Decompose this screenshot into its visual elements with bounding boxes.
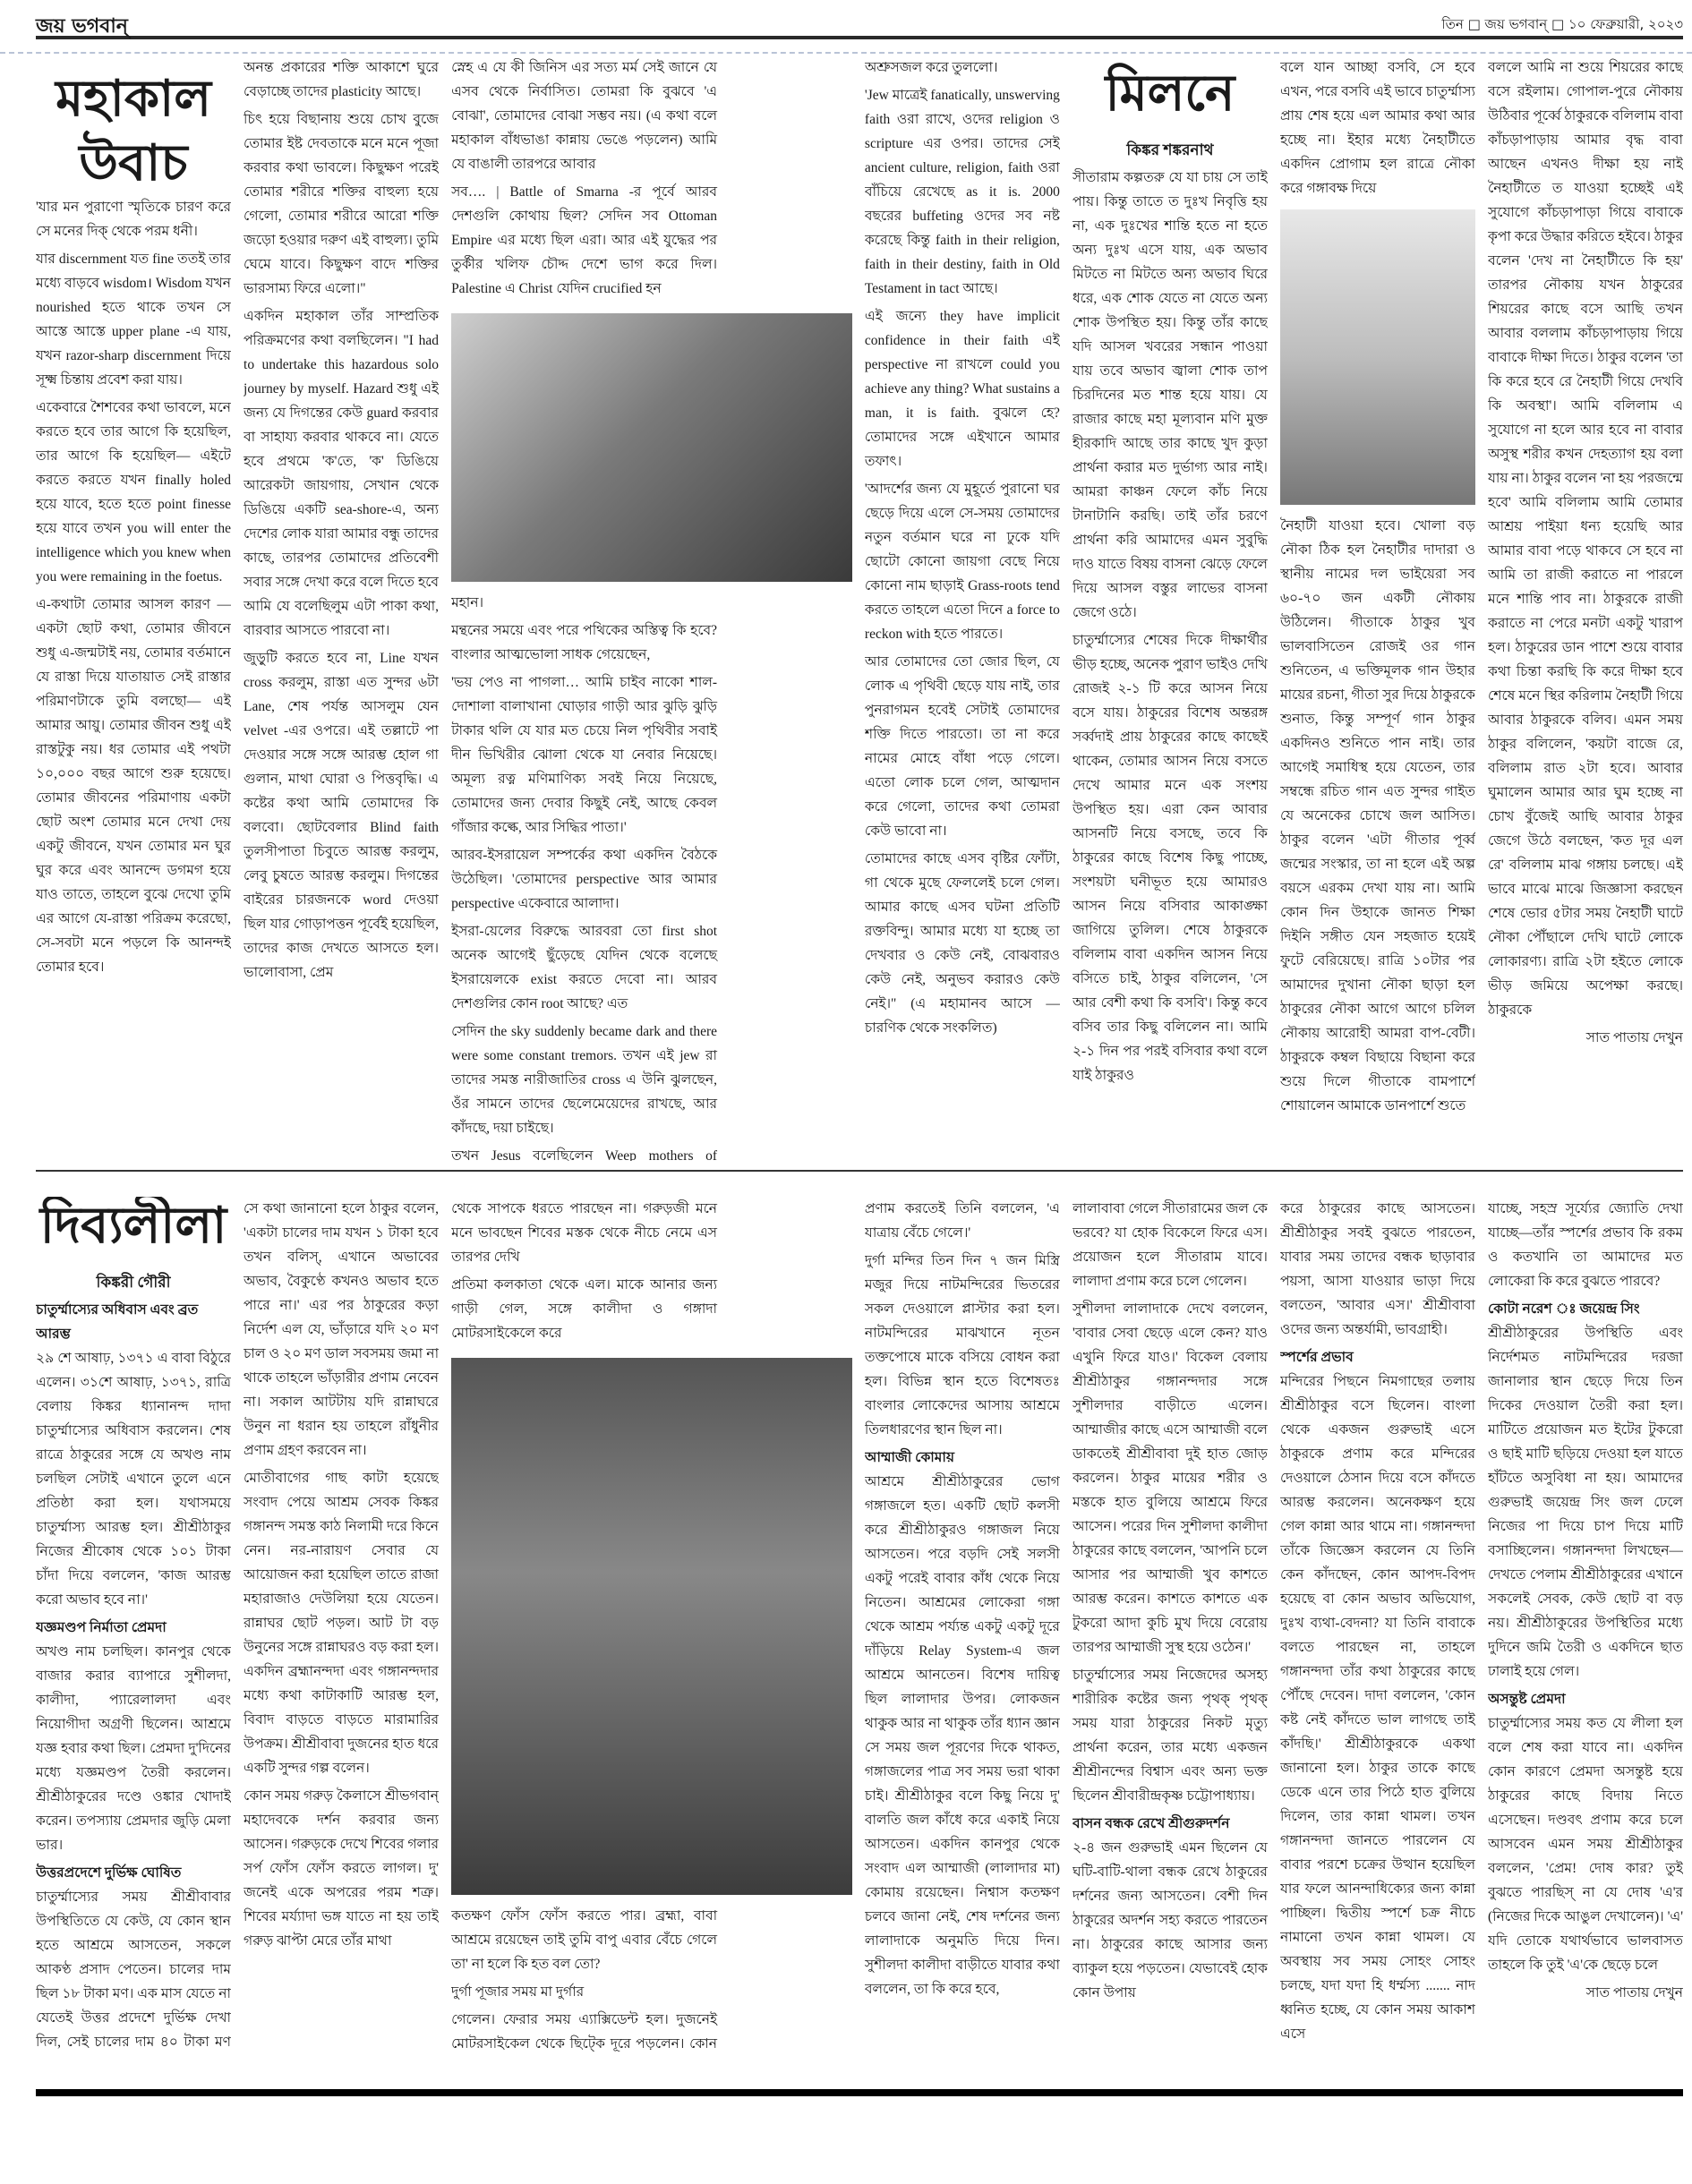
masthead: জয় ভগবান্ তিন □ জয় ভগবান্ □ ১০ ফেব্রুয… bbox=[36, 7, 1683, 39]
byline: কিঙ্করী গৌরী bbox=[36, 1270, 231, 1294]
saint-photo bbox=[1280, 209, 1475, 505]
subheading: উত্তরপ্রদেশে দুর্ভিক্ষ ঘোষিত bbox=[36, 1861, 231, 1885]
article-dibyalila-col1: দিব্যলীলা কিঙ্করী গৌরী চাতুর্ম্মাস্যের অ… bbox=[36, 1197, 231, 2052]
subheading: অসন্তুষ্ট প্রেমদা bbox=[1488, 1687, 1683, 1711]
page-bottom-rule bbox=[36, 2089, 1683, 2096]
article-title: দিব্যলীলা bbox=[36, 1197, 231, 1254]
article-title: মহাকাল উবাচ bbox=[36, 55, 231, 195]
sadhu-seated-photo bbox=[451, 1358, 852, 1895]
article-milane-col1: মিলনে কিঙ্কর শঙ্করনাথ সীতারাম কল্পতরু যে… bbox=[1072, 55, 1268, 1161]
article-mahakal-col34: স্নেহ এ যে কী জিনিস এর সত্য মর্ম সেই জান… bbox=[451, 55, 852, 1161]
byline: কিঙ্কর শঙ্করনাথ bbox=[1072, 138, 1268, 162]
article-title: মিলনে bbox=[1072, 55, 1268, 122]
article-milane-col3: বললে আমি না শুয়ে শিয়রের কাছে বসে রইলাম… bbox=[1488, 55, 1683, 1161]
paragraph: এ-কথাটা তোমার আসল কারণ — একটা ছোট কথা, ত… bbox=[36, 593, 231, 979]
subheading: চাতুর্ম্মাস্যের অধিবাস এবং ব্রত আরম্ভ bbox=[36, 1298, 231, 1346]
article-mahakal-col2: অনন্ত প্রকারের শক্তি আকাশে ঘুরে বেড়াচ্ছ… bbox=[244, 55, 439, 1161]
paragraph: একদিন মহাকাল তাঁর সাম্প্রতিক পরিক্রমণের … bbox=[244, 304, 439, 643]
article-dibyalila-col34: থেকে সাপকে ধরতে পারছেন না। গরুড়জী মনে ম… bbox=[451, 1197, 852, 2052]
article-dibyalila-col2: সে কথা জানানো হলে ঠাকুর বলেন, 'একটা চালে… bbox=[244, 1197, 439, 2052]
portrait-photo bbox=[451, 313, 852, 582]
paragraph: একেবারে শৈশবের কথা ভাবলে, মনে করতে হবে ত… bbox=[36, 396, 231, 589]
article-mahakal-col1: মহাকাল উবাচ 'যার মন পুরাণো স্মৃতিকে চারণ… bbox=[36, 55, 231, 1161]
paragraph: অনন্ত প্রকারের শক্তি আকাশে ঘুরে বেড়াচ্ছ… bbox=[244, 55, 439, 104]
subheading: কোটা নরেশ ঃ জয়েন্দ্র সিং bbox=[1488, 1297, 1683, 1321]
paragraph: সব…. | Battle of Smarna -র পূর্বে আরব দে… bbox=[451, 180, 717, 301]
paragraph: 'যার মন পুরাণো স্মৃতিকে চারণ করে সে মনের… bbox=[36, 195, 231, 243]
subheading: স্পর্শের প্রভাব bbox=[1280, 1345, 1475, 1369]
continued-note: সাত পাতায় দেখুন bbox=[1488, 1981, 1683, 2005]
top-section: মহাকাল উবাচ 'যার মন পুরাণো স্মৃতিকে চারণ… bbox=[36, 55, 1683, 1161]
paragraph: স্নেহ এ যে কী জিনিস এর সত্য মর্ম সেই জান… bbox=[451, 55, 717, 176]
subheading: যজ্ঞমণ্ডপ নির্মাতা প্রেমদা bbox=[36, 1616, 231, 1640]
paragraph: চিৎ হয়ে বিছানায় শুয়ে চোখ বুজে তোমার ই… bbox=[244, 107, 439, 301]
paragraph: জুড়ুটি করতে হবে না, Line যখন cross করলু… bbox=[244, 646, 439, 985]
subheading: আম্মাজী কোমায় bbox=[865, 1446, 1060, 1470]
dateline: তিন □ জয় ভগবান্ □ ১০ ফেব্রুয়ারী, ২০২৩ bbox=[1441, 14, 1683, 37]
article-mahakal-col5: অশ্রুসজল করে তুললো। 'Jew মাত্রেই fanatic… bbox=[865, 55, 1060, 1161]
bottom-section: দিব্যলীলা কিঙ্করী গৌরী চাতুর্ম্মাস্যের অ… bbox=[36, 1197, 1683, 2052]
newspaper-name: জয় ভগবান্ bbox=[36, 11, 128, 44]
article-milane-col2: বলে যান আচ্ছা বসবি, সে হবে এখন, পরে বসবি… bbox=[1280, 55, 1475, 1161]
article-dibyalila-col7: করে ঠাকুরের কাছে আসতেন। শ্রীশ্রীঠাকুর সব… bbox=[1280, 1197, 1475, 2052]
section-divider bbox=[36, 1170, 1683, 1172]
article-dibyalila-col5: প্রণাম করতেই তিনি বললেন, 'এ যাত্রায় বেঁ… bbox=[865, 1197, 1060, 2052]
paragraph: যার discernment যত fine তত‌ই তার মধ্যে ব… bbox=[36, 247, 231, 392]
article-dibyalila-col8: যাচ্ছে, সহস্র সূর্য্যের জ্যোতি দেখা যাচ্… bbox=[1488, 1197, 1683, 2052]
cut-line bbox=[0, 52, 1692, 54]
article-dibyalila-col6: লালাবাবা গেলে সীতারামের জল কে ভরবে? যা হ… bbox=[1072, 1197, 1268, 2052]
continued-note: সাত পাতায় দেখুন bbox=[1488, 1026, 1683, 1050]
subheading: বাসন বন্ধক রেখে শ্রীগুরুদর্শন bbox=[1072, 1812, 1268, 1836]
